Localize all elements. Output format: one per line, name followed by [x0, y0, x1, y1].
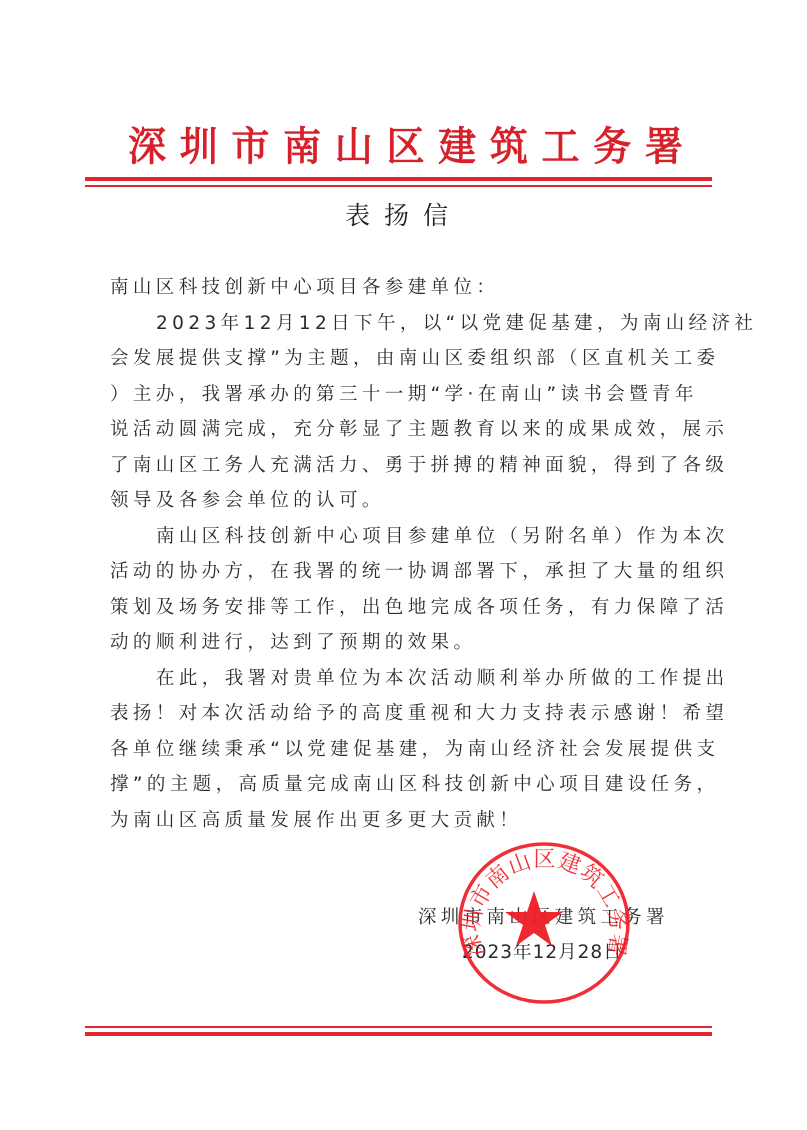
- letterhead-char: 市: [231, 113, 269, 171]
- signature-organization: 深圳市南山区建筑工务署: [418, 903, 669, 929]
- body-line: 了南山区工务人充满活力、勇于拼搏的精神面貌，得到了各级: [110, 448, 700, 484]
- letterhead-char: 建: [438, 113, 476, 171]
- body-line: 表扬！对本次活动给予的高度重视和大力支持表示感谢！希望: [110, 696, 700, 732]
- letterhead-char: 署: [645, 113, 683, 171]
- body-line: ）主办，我署承办的第三十一期“学·在南山”读书会暨青年: [110, 377, 700, 413]
- letter-body: 南山区科技创新中心项目各参建单位： 2023年12月12日下午，以“以党建促基建…: [110, 270, 700, 838]
- header-divider-thick: [85, 177, 712, 181]
- footer-divider-thin: [85, 1026, 712, 1028]
- signature-date: 2023年12月28日: [462, 938, 623, 964]
- letterhead-char: 南: [283, 113, 321, 171]
- document-title: 表扬信: [0, 196, 807, 232]
- body-line: 在此，我署对贵单位为本次活动顺利举办所做的工作提出: [110, 661, 700, 697]
- letterhead-char: 工: [542, 113, 580, 171]
- header-divider-thin: [85, 185, 712, 187]
- body-line: 各单位继续秉承“以党建促基建，为南山经济社会发展提供支: [110, 732, 700, 768]
- body-line: 会发展提供支撑”为主题，由南山区委组织部（区直机关工委: [110, 341, 700, 377]
- letterhead-char: 深: [128, 113, 166, 171]
- letterhead-char: 区: [386, 113, 424, 171]
- body-line: 活动的协办方，在我署的统一协调部署下，承担了大量的组织: [110, 554, 700, 590]
- body-line: 说活动圆满完成，充分彰显了主题教育以来的成果成效，展示: [110, 412, 700, 448]
- body-line: 为南山区高质量发展作出更多更大贡献！: [110, 803, 700, 839]
- body-line: 策划及场务安排等工作，出色地完成各项任务，有力保障了活: [110, 590, 700, 626]
- letterhead-char: 筑: [490, 113, 528, 171]
- body-line: 2023年12月12日下午，以“以党建促基建，为南山经济社: [110, 306, 700, 342]
- letterhead-char: 山: [335, 113, 373, 171]
- letterhead-organization-name: 深 圳 市 南 山 区 建 筑 工 务 署: [128, 118, 683, 166]
- letterhead-char: 圳: [180, 113, 218, 171]
- footer-divider-thick: [85, 1032, 712, 1036]
- body-line: 领导及各参会单位的认可。: [110, 483, 700, 519]
- body-line: 撑”的主题，高质量完成南山区科技创新中心项目建设任务，: [110, 767, 700, 803]
- body-line: 南山区科技创新中心项目参建单位（另附名单）作为本次: [110, 519, 700, 555]
- salutation: 南山区科技创新中心项目各参建单位：: [110, 270, 700, 306]
- letterhead-char: 务: [593, 113, 631, 171]
- body-line: 动的顺利进行，达到了预期的效果。: [110, 625, 700, 661]
